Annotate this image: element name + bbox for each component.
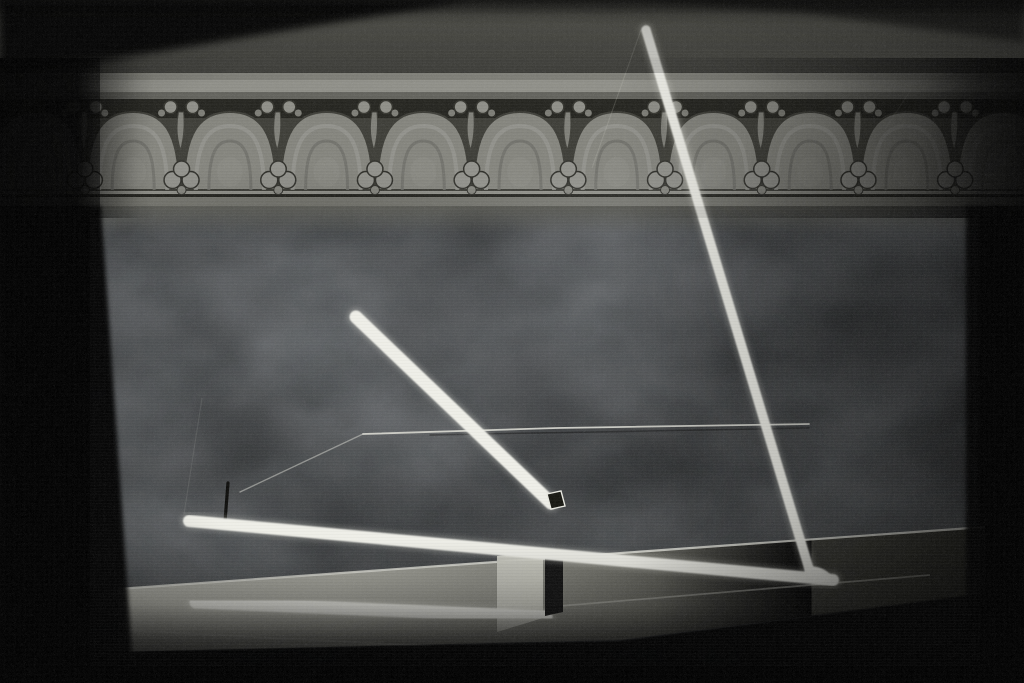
grain-noise <box>0 0 1024 683</box>
projection-photograph: Black and white photograph of a slide pr… <box>0 0 1024 683</box>
scene-svg <box>0 0 1024 683</box>
film-grain <box>0 0 1024 683</box>
